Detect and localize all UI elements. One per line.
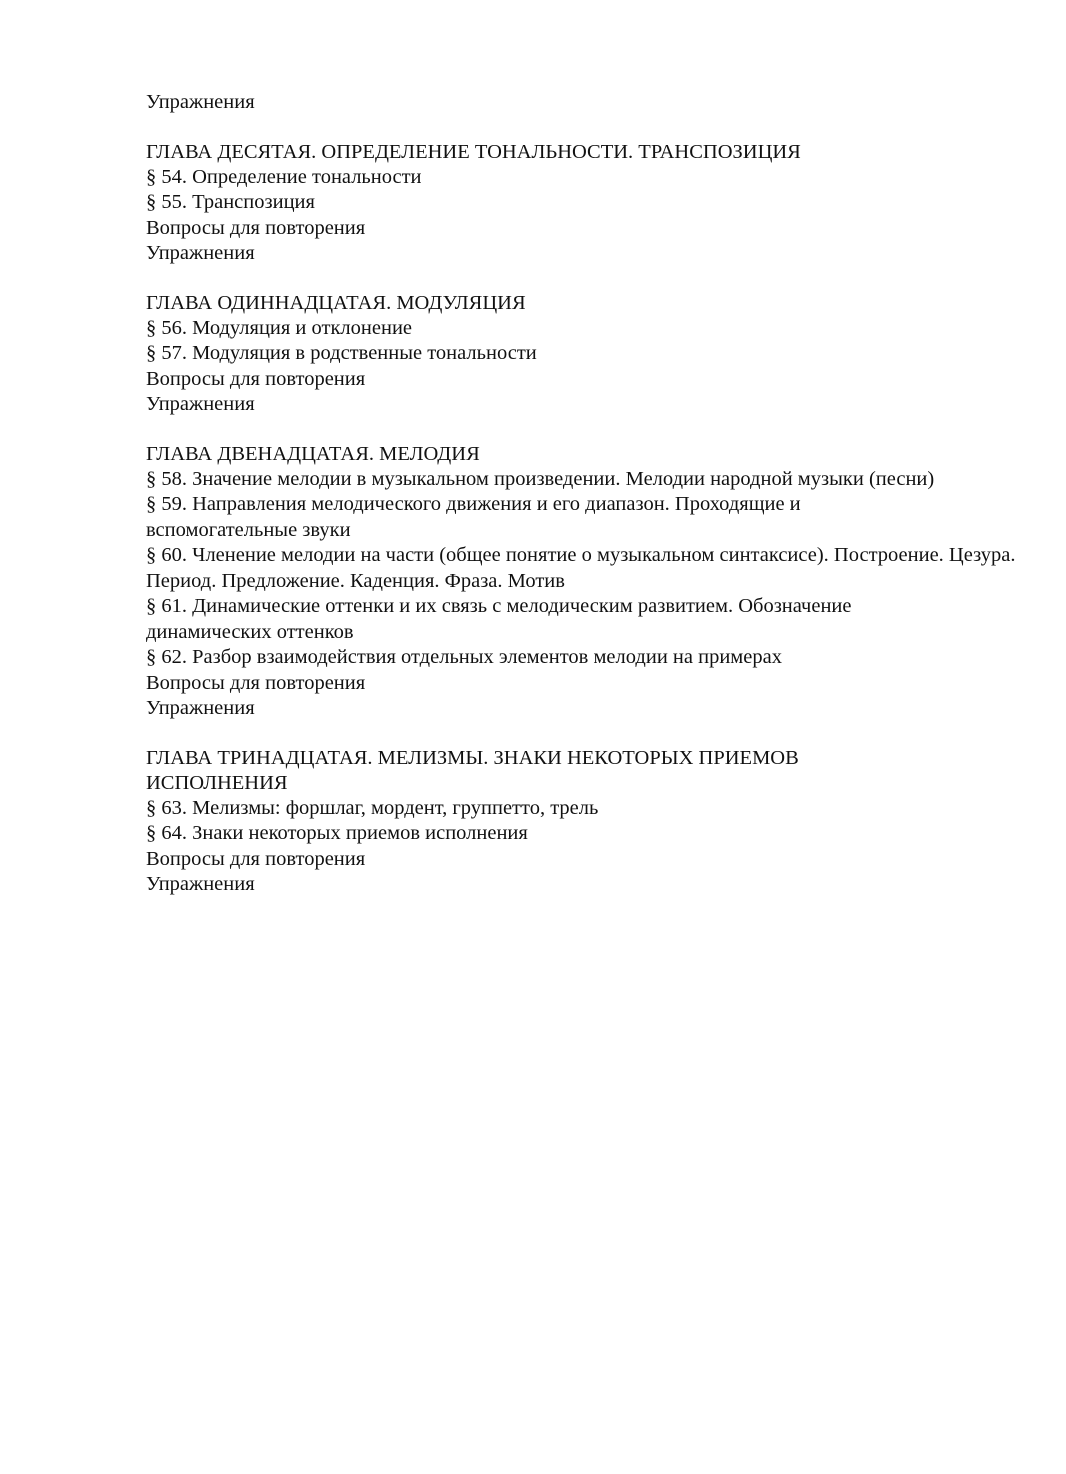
toc-item: § 63. Мелизмы: форшлаг, мордент, группет… — [146, 796, 1026, 822]
toc-item: § 64. Знаки некоторых приемов исполнения — [146, 821, 1026, 847]
toc-item: § 57. Модуляция в родственные тональност… — [146, 341, 1026, 367]
toc-item: § 58. Значение мелодии в музыкальном про… — [146, 467, 1026, 493]
toc-item: § 60. Членение мелодии на части (общее п… — [146, 543, 1016, 594]
toc-item: § 56. Модуляция и отклонение — [146, 316, 1026, 342]
table-of-contents-page: Упражнения ГЛАВА ДЕСЯТАЯ. ОПРЕДЕЛЕНИЕ ТО… — [146, 90, 1026, 898]
chapter-title: ГЛАВА ДВЕНАДЦАТАЯ. МЕЛОДИЯ — [146, 442, 1026, 467]
toc-item: Вопросы для повторения — [146, 847, 1026, 873]
toc-item: Вопросы для повторения — [146, 216, 1026, 242]
toc-item-exercises: Упражнения — [146, 90, 1026, 116]
toc-item: Упражнения — [146, 872, 1026, 898]
chapter-12: ГЛАВА ДВЕНАДЦАТАЯ. МЕЛОДИЯ § 58. Значени… — [146, 442, 1026, 722]
chapter-13: ГЛАВА ТРИНАДЦАТАЯ. МЕЛИЗМЫ. ЗНАКИ НЕКОТО… — [146, 746, 1026, 898]
toc-item: § 62. Разбор взаимодействия отдельных эл… — [146, 645, 1026, 671]
toc-item: § 61. Динамические оттенки и их связь с … — [146, 594, 916, 645]
chapter-10: ГЛАВА ДЕСЯТАЯ. ОПРЕДЕЛЕНИЕ ТОНАЛЬНОСТИ. … — [146, 140, 1026, 267]
toc-item: § 59. Направления мелодического движения… — [146, 492, 866, 543]
chapter-title: ГЛАВА ТРИНАДЦАТАЯ. МЕЛИЗМЫ. ЗНАКИ НЕКОТО… — [146, 746, 866, 796]
toc-item: Упражнения — [146, 696, 1026, 722]
toc-item: Упражнения — [146, 241, 1026, 267]
toc-item: Упражнения — [146, 392, 1026, 418]
chapter-title: ГЛАВА ОДИННАДЦАТАЯ. МОДУЛЯЦИЯ — [146, 291, 1026, 316]
chapter-11: ГЛАВА ОДИННАДЦАТАЯ. МОДУЛЯЦИЯ § 56. Моду… — [146, 291, 1026, 418]
toc-item: § 54. Определение тональности — [146, 165, 1026, 191]
toc-item: § 55. Транспозиция — [146, 190, 1026, 216]
chapter-title: ГЛАВА ДЕСЯТАЯ. ОПРЕДЕЛЕНИЕ ТОНАЛЬНОСТИ. … — [146, 140, 1026, 165]
toc-item: Вопросы для повторения — [146, 367, 1026, 393]
toc-item: Вопросы для повторения — [146, 671, 1026, 697]
